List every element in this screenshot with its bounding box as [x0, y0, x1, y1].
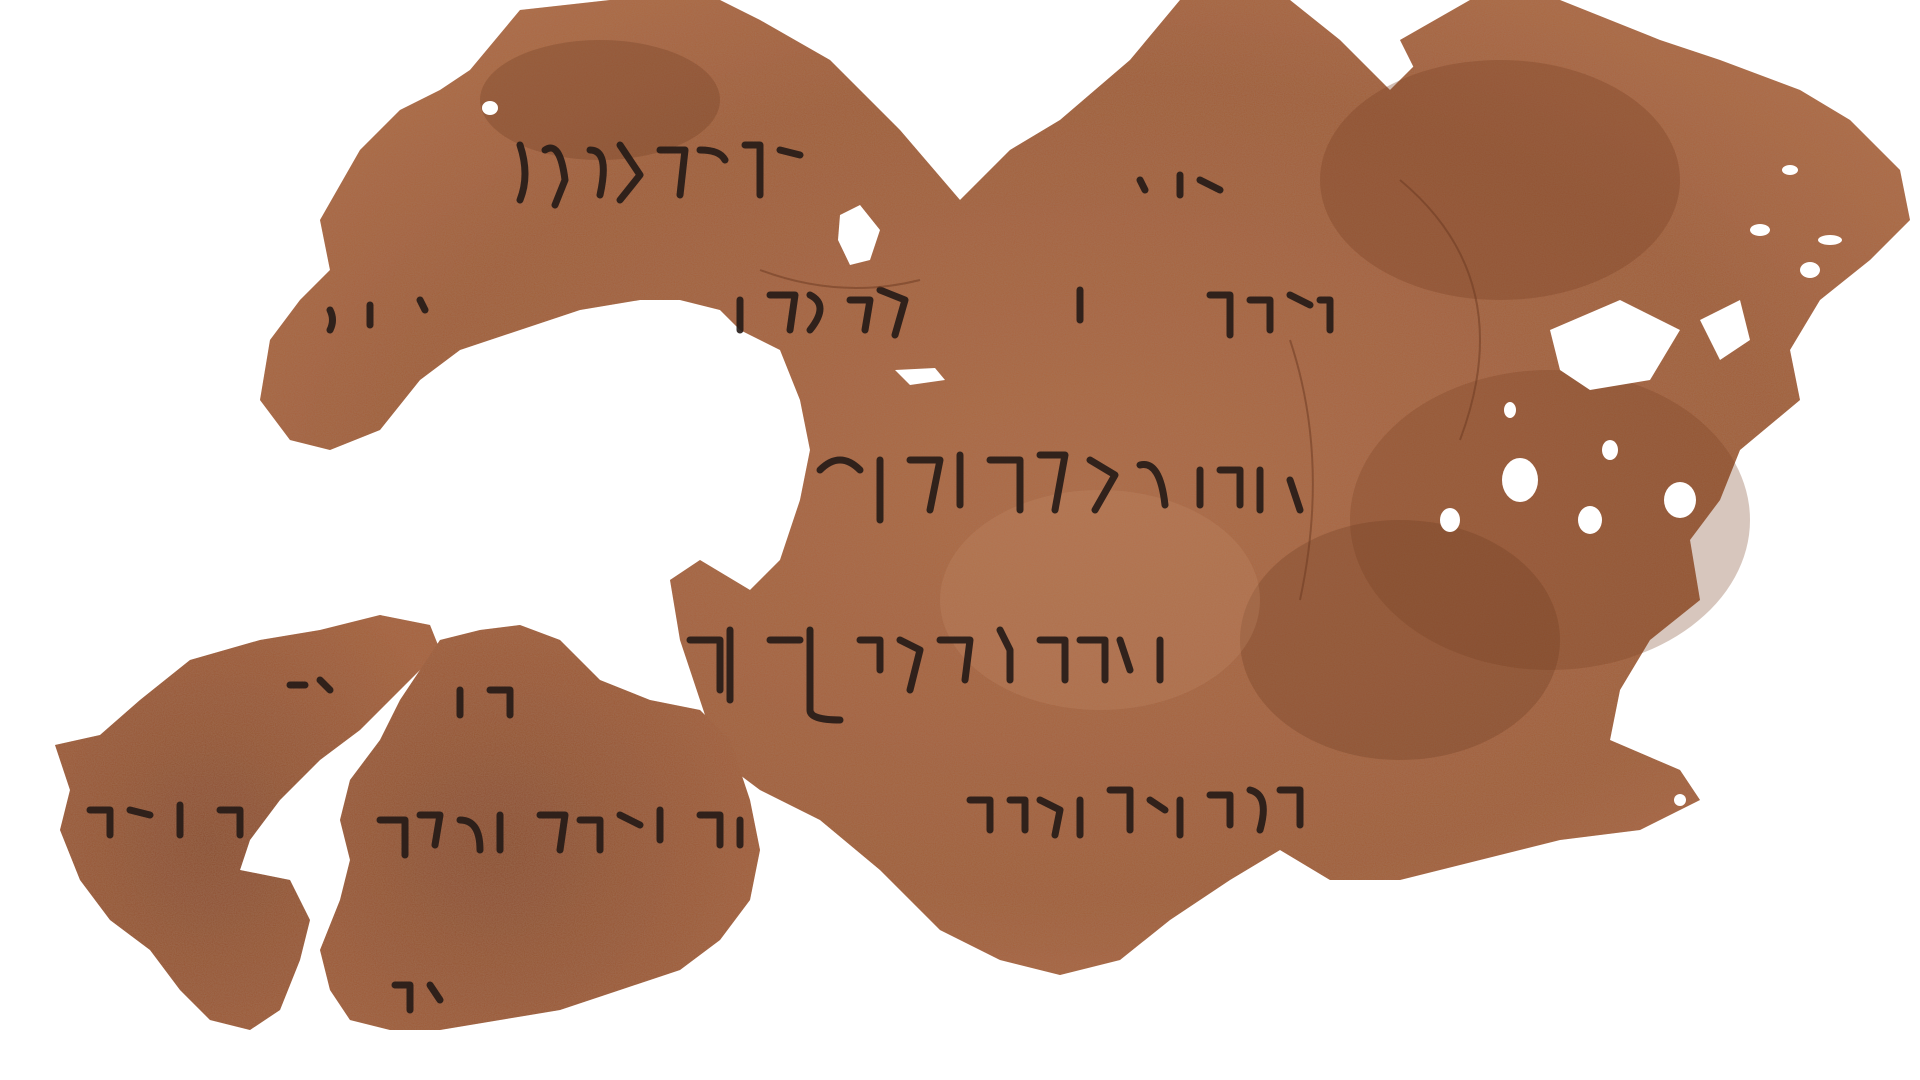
manuscript-fragments-illustration — [0, 0, 1920, 1080]
photograph: Ancient parchment manuscript fragments w… — [0, 0, 1920, 1080]
